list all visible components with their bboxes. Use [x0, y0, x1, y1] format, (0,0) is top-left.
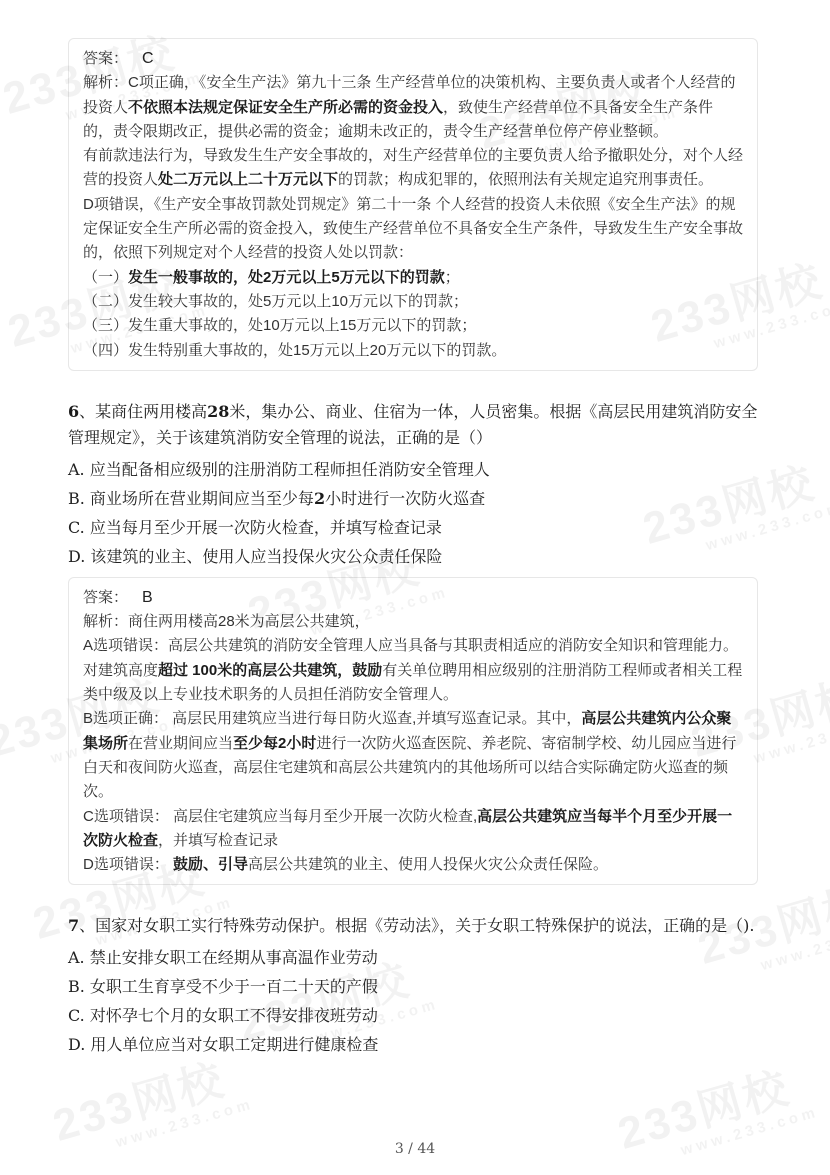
explanation-paragraph: 解析：商住两用楼高28米为高层公共建筑，	[83, 610, 743, 634]
explanation-paragraph: A选项错误：高层公共建筑的消防安全管理人应当具备与其职责相适应的消防安全知识和管…	[83, 634, 743, 707]
explanation-paragraph: B选项正确： 高层民用建筑应当进行每日防火巡查,并填写巡查记录。其中，高层公共建…	[83, 707, 743, 804]
option-b: B. 商业场所在营业期间应当至少每2小时进行一次防火巡查	[68, 489, 758, 509]
watermark-url-text: www.233.com	[759, 918, 830, 974]
explanation-list-item: （四）发生特别重大事故的，处15万元以上20万元以下的罚款。	[83, 339, 743, 363]
option-a: A. 禁止安排女职工在经期从事高温作业劳动	[68, 948, 758, 968]
option-d: D. 用人单位应当对女职工定期进行健康检查	[68, 1035, 758, 1055]
question-6: 6、某商住两用楼高28米，集办公、商业、住宿为一体，人员密集。根据《高层民用建筑…	[68, 399, 758, 567]
option-c: C. 应当每月至少开展一次防火检查，并填写检查记录	[68, 518, 758, 538]
answer-box-question-6: 答案：B 解析：商住两用楼高28米为高层公共建筑， A选项错误：高层公共建筑的消…	[68, 577, 758, 886]
answer-line: 答案：B	[83, 586, 743, 610]
option-b: B. 女职工生育享受不少于一百二十天的产假	[68, 977, 758, 997]
option-a: A. 应当配备相应级别的注册消防工程师担任消防安全管理人	[68, 460, 758, 480]
page-content: 答案：C 解析：C项正确，《安全生产法》第九十三条 生产经营单位的决策机构、主要…	[68, 38, 758, 1065]
option-d: D. 该建筑的业主、使用人应当投保火灾公众责任保险	[68, 547, 758, 567]
question-7: 7、国家对女职工实行特殊劳动保护。根据《劳动法》，关于女职工特殊保护的说法，正确…	[68, 913, 758, 1055]
explanation-paragraph: 解析：C项正确，《安全生产法》第九十三条 生产经营单位的决策机构、主要负责人或者…	[83, 71, 743, 144]
answer-box-question-5: 答案：C 解析：C项正确，《安全生产法》第九十三条 生产经营单位的决策机构、主要…	[68, 38, 758, 371]
answer-label: 答案：	[83, 50, 128, 67]
explanation-list-item: （一）发生一般事故的，处2万元以上5万元以下的罚款；	[83, 266, 743, 290]
option-c: C. 对怀孕七个月的女职工不得安排夜班劳动	[68, 1006, 758, 1026]
explanation-list-item: （三）发生重大事故的，处10万元以上15万元以下的罚款；	[83, 314, 743, 338]
document-page: 答案：C 解析：C项正确，《安全生产法》第九十三条 生产经营单位的决策机构、主要…	[0, 0, 830, 1175]
explanation-paragraph: C选项错误： 高层住宅建筑应当每月至少开展一次防火检查,高层公共建筑应当每半个月…	[83, 805, 743, 854]
explanation-paragraph: D选项错误： 鼓励、引导高层公共建筑的业主、使用人投保火灾公众责任保险。	[83, 853, 743, 877]
question-stem: 7、国家对女职工实行特殊劳动保护。根据《劳动法》，关于女职工特殊保护的说法，正确…	[68, 913, 758, 939]
page-number: 3 / 44	[0, 1141, 830, 1157]
answer-label: 答案：	[83, 589, 128, 606]
answer-value: B	[142, 589, 153, 606]
answer-value: C	[142, 50, 154, 67]
watermark-url-text: www.233.com	[752, 711, 830, 767]
explanation-list-item: （二）发生较大事故的，处5万元以上10万元以下的罚款；	[83, 290, 743, 314]
explanation-paragraph: D项错误，《生产安全事故罚款处罚规定》第二十一条 个人经营的投资人未依照《安全生…	[83, 193, 743, 266]
answer-line: 答案：C	[83, 47, 743, 71]
question-stem: 6、某商住两用楼高28米，集办公、商业、住宿为一体，人员密集。根据《高层民用建筑…	[68, 399, 758, 451]
explanation-paragraph: 有前款违法行为，导致发生生产安全事故的，对生产经营单位的主要负责人给予撤职处分，…	[83, 144, 743, 193]
